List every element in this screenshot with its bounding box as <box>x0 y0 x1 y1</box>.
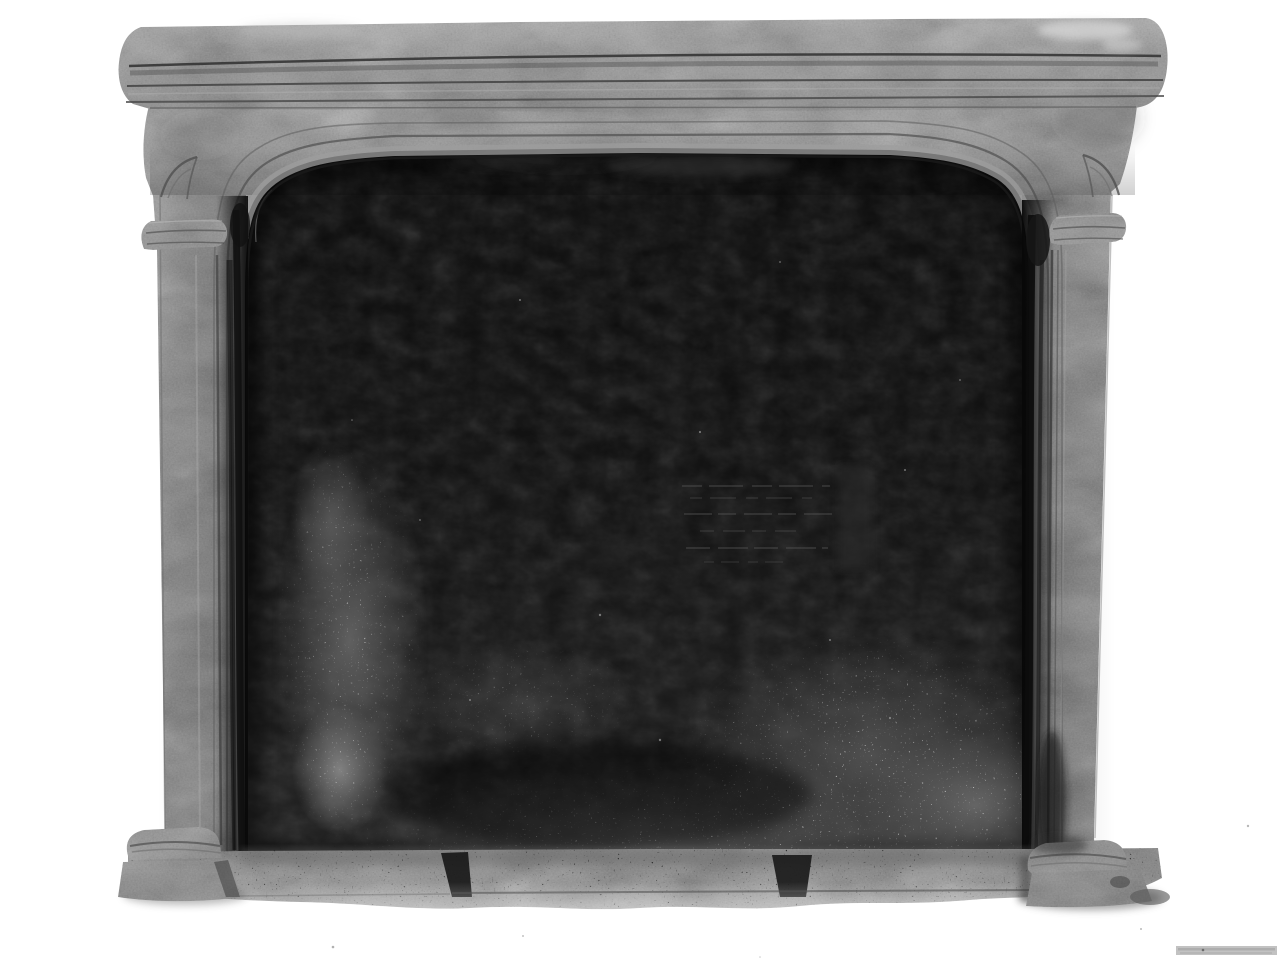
fireplace-photograph: Black-and-white archival photograph of a… <box>0 0 1285 964</box>
left-capital <box>141 219 227 250</box>
right-jamb-streak <box>1027 215 1032 855</box>
right-base-plinth <box>1026 869 1152 907</box>
hearth-shadow <box>390 740 810 850</box>
firebox-interior <box>228 146 1090 930</box>
bottom-right-smudge-mark <box>1176 946 1277 955</box>
floor-edge-fade <box>118 882 1173 922</box>
mantel-shelf <box>119 18 1168 112</box>
floor-inner-shade <box>240 849 1035 865</box>
right-jamb-blotch <box>1026 214 1050 266</box>
brick-highlight <box>838 465 872 570</box>
photo-canvas: Black-and-white archival photograph of a… <box>0 0 1285 964</box>
left-jamb-blotch <box>230 203 250 247</box>
